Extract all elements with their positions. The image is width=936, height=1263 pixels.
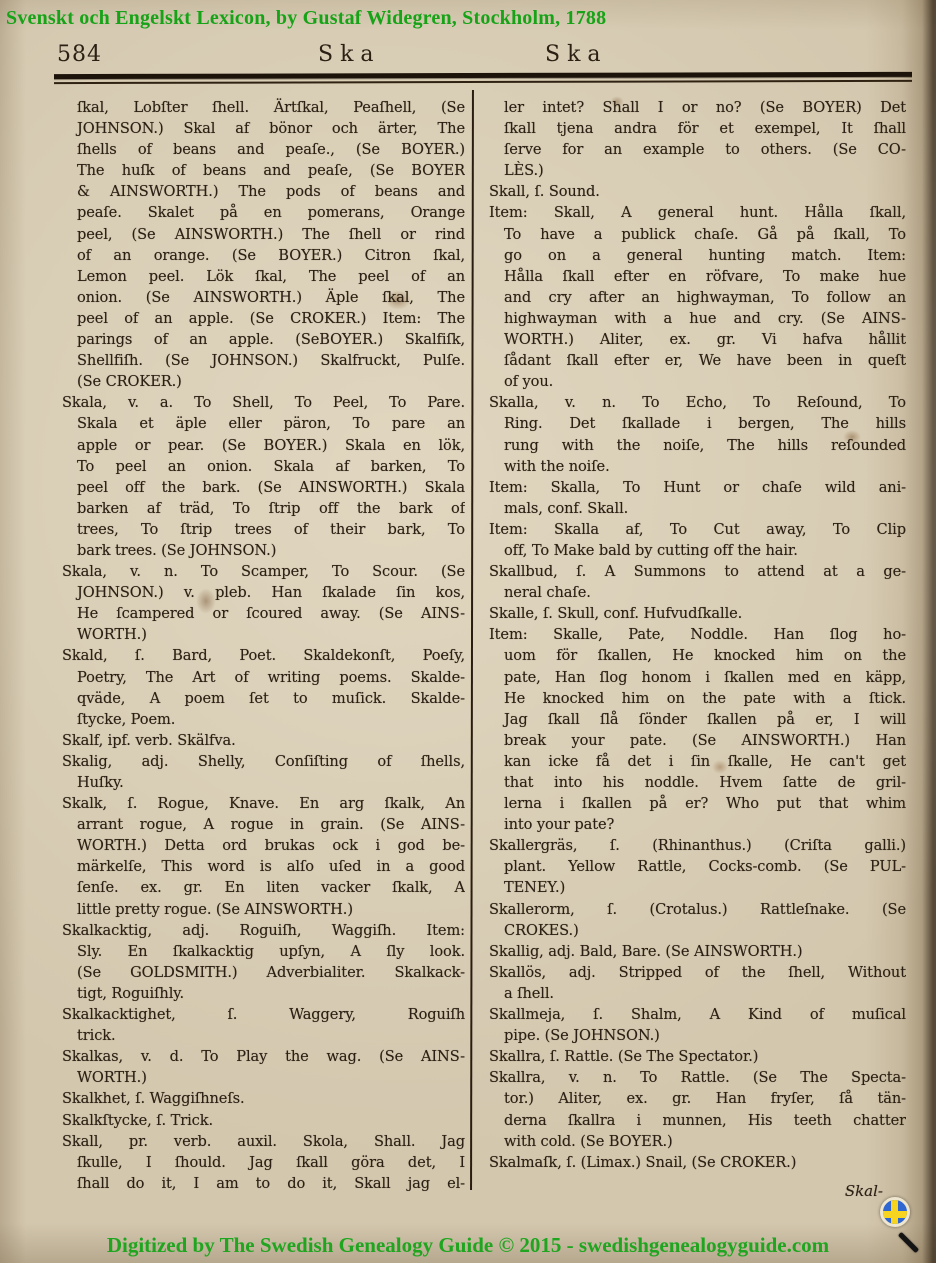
text-line: Skalle, ſ. Skull, conf. Hufvudſkalle. bbox=[489, 603, 906, 624]
text-line: WORTH.) Aliter, ex. gr. Vi hafva hållit bbox=[489, 329, 906, 350]
left-column: ſkal, Lobſter ſhell. Ärtſkal, Peaſhell, … bbox=[62, 97, 465, 1194]
text-line: (Se GOLDSMITH.) Adverbialiter. Skalkack- bbox=[62, 962, 465, 983]
magnifier-handle bbox=[898, 1232, 919, 1253]
text-line: off, To Make bald by cutting off the hai… bbox=[489, 540, 906, 561]
running-head-left: Ska bbox=[318, 42, 381, 67]
text-line: parings of an apple. (SeBOYER.) Skalfiſk… bbox=[62, 329, 465, 350]
text-line: Item: Skall, A general hunt. Hålla ſkall… bbox=[489, 202, 906, 223]
text-line: Skalkas, v. d. To Play the wag. (Se AINS… bbox=[62, 1046, 465, 1067]
text-line: peaſe. Skalet på en pomerans, Orange bbox=[62, 202, 465, 223]
text-line: kan icke få det i ſin ſkalle, He can't g… bbox=[489, 751, 906, 772]
text-line: ſhells of beans and peaſe., (Se BOYER.) bbox=[62, 139, 465, 160]
text-line: that into his noddle. Hvem ſatte de gril… bbox=[489, 772, 906, 793]
text-line: Skallerorm, ſ. (Crotalus.) Rattleſnake. … bbox=[489, 899, 906, 920]
text-line: with the noiſe. bbox=[489, 456, 906, 477]
text-line: ſenſe. ex. gr. En liten vacker ſkalk, A bbox=[62, 877, 465, 898]
text-line: ler intet? Shall I or no? (Se BOYER) Det bbox=[489, 97, 906, 118]
text-line: Sly. En ſkalkacktig upſyn, A ſly look. bbox=[62, 941, 465, 962]
text-line: neral chaſe. bbox=[489, 582, 906, 603]
head-rule-thick bbox=[54, 72, 912, 79]
text-line: Poetry, The Art of writing poems. Skalde… bbox=[62, 667, 465, 688]
text-line: Item: Skalla, To Hunt or chaſe wild ani- bbox=[489, 477, 906, 498]
flag-cross-vertical bbox=[891, 1200, 898, 1227]
head-rule bbox=[54, 72, 912, 84]
scanned-page: Svenskt och Engelskt Lexicon, by Gustaf … bbox=[0, 0, 936, 1263]
text-line: The huſk of beans and peaſe, (Se BOYER bbox=[62, 160, 465, 181]
text-line: Skalig, adj. Shelly, Conſiſting of ſhell… bbox=[62, 751, 465, 772]
text-line: arrant rogue, A rogue in grain. (Se AINS… bbox=[62, 814, 465, 835]
text-line: Skallra, v. n. To Rattle. (Se The Specta… bbox=[489, 1067, 906, 1088]
text-line: Skall, ſ. Sound. bbox=[489, 181, 906, 202]
text-line: JOHNSON.) Skal af bönor och ärter, The bbox=[62, 118, 465, 139]
text-line: & AINSWORTH.) The pods of beans and bbox=[62, 181, 465, 202]
text-line: pipe. (Se JOHNSON.) bbox=[489, 1025, 906, 1046]
folio-row: 584 Ska Ska bbox=[0, 42, 936, 72]
text-line: trick. bbox=[62, 1025, 465, 1046]
column-divider-rule bbox=[470, 90, 474, 1190]
text-line: pate, Han ſlog honom i ſkallen med en kä… bbox=[489, 667, 906, 688]
text-line: go on a general hunting match. Item: bbox=[489, 245, 906, 266]
text-line: Skala et äple eller päron, To pare an bbox=[62, 413, 465, 434]
text-line: märkelſe, This word is alſo uſed in a go… bbox=[62, 856, 465, 877]
text-line: Skallmeja, ſ. Shalm, A Kind of muſical bbox=[489, 1004, 906, 1025]
text-line: (Se CROKER.) bbox=[62, 371, 465, 392]
digitizer-banner-title: Svenskt och Engelskt Lexicon, by Gustaf … bbox=[6, 7, 606, 30]
text-line: with cold. (Se BOYER.) bbox=[489, 1131, 906, 1152]
text-line: plant. Yellow Rattle, Cocks-comb. (Se PU… bbox=[489, 856, 906, 877]
text-line: rung with the noiſe, The hills reſounded bbox=[489, 435, 906, 456]
text-line: Skalk, ſ. Rogue, Knave. En arg ſkalk, An bbox=[62, 793, 465, 814]
text-line: Lemon peel. Lök ſkal, The peel of an bbox=[62, 266, 465, 287]
text-line: WORTH.) bbox=[62, 624, 465, 645]
text-line: barken af träd, To ſtrip off the bark of bbox=[62, 498, 465, 519]
text-line: He knocked him on the pate with a ſtick. bbox=[489, 688, 906, 709]
text-line: Hålla ſkall efter en röfvare, To make hu… bbox=[489, 266, 906, 287]
text-line: To have a publick chaſe. Gå på ſkall, To bbox=[489, 224, 906, 245]
text-line: Skallra, ſ. Rattle. (Se The Spectator.) bbox=[489, 1046, 906, 1067]
text-line: peel, (Se AINSWORTH.) The ſhell or rind bbox=[62, 224, 465, 245]
text-line: uom för ſkallen, He knocked him on the bbox=[489, 645, 906, 666]
text-line: ſkal, Lobſter ſhell. Ärtſkal, Peaſhell, … bbox=[62, 97, 465, 118]
text-line: ſådant ſkall efter er, We have been in q… bbox=[489, 350, 906, 371]
text-line: To peel an onion. Skala af barken, To bbox=[62, 456, 465, 477]
text-line: Skalkſtycke, ſ. Trick. bbox=[62, 1110, 465, 1131]
text-line: onion. (Se AINSWORTH.) Äple ſkal, The bbox=[62, 287, 465, 308]
catchword: Skal- bbox=[489, 1182, 893, 1200]
text-line: ſhall do it, I am to do it, Skall jag el… bbox=[62, 1173, 465, 1194]
text-line: CROKES.) bbox=[489, 920, 906, 941]
text-line: bark trees. (Se JOHNSON.) bbox=[62, 540, 465, 561]
text-line: Skalkacktighet, ſ. Waggery, Roguiſh bbox=[62, 1004, 465, 1025]
text-line: Skalmaſk, ſ. (Limax.) Snail, (Se CROKER.… bbox=[489, 1152, 906, 1173]
text-line: mals, conf. Skall. bbox=[489, 498, 906, 519]
text-line: Skallig, adj. Bald, Bare. (Se AINSWORTH.… bbox=[489, 941, 906, 962]
text-line: apple or pear. (Se BOYER.) Skala en lök, bbox=[62, 435, 465, 456]
text-line: peel off the bark. (Se AINSWORTH.) Skala bbox=[62, 477, 465, 498]
text-line: He ſcampered or ſcoured away. (Se AINS- bbox=[62, 603, 465, 624]
swedish-flag-magnifier-icon bbox=[876, 1197, 924, 1253]
text-line: little pretty rogue. (Se AINSWORTH.) bbox=[62, 899, 465, 920]
text-line: JOHNSON.) v. pleb. Han ſkalade ſin kos, bbox=[62, 582, 465, 603]
text-line: Skala, v. n. To Scamper, To Scour. (Se bbox=[62, 561, 465, 582]
text-line: Skalf, ipf. verb. Skälfva. bbox=[62, 730, 465, 751]
text-line: Item: Skalla af, To Cut away, To Clip bbox=[489, 519, 906, 540]
text-line: ſkulle, I ſhould. Jag ſkall göra det, I bbox=[62, 1152, 465, 1173]
text-line: Skalkacktig, adj. Roguiſh, Waggiſh. Item… bbox=[62, 920, 465, 941]
text-line: Skall, pr. verb. auxil. Skola, Shall. Ja… bbox=[62, 1131, 465, 1152]
text-line: ſkall tjena andra för et exempel, It ſha… bbox=[489, 118, 906, 139]
text-line: Jag ſkall ſlå ſönder ſkallen på er, I wi… bbox=[489, 709, 906, 730]
head-rule-thin bbox=[54, 80, 912, 84]
text-line: a ſhell. bbox=[489, 983, 906, 1004]
text-line: lerna i ſkallen på er? Who put that whim bbox=[489, 793, 906, 814]
text-line: Skallbud, ſ. A Summons to attend at a ge… bbox=[489, 561, 906, 582]
page-number: 584 bbox=[57, 42, 102, 67]
text-line: break your pate. (Se AINSWORTH.) Han bbox=[489, 730, 906, 751]
text-line: Skalkhet, ſ. Waggiſhneſs. bbox=[62, 1088, 465, 1109]
text-line: Ring. Det ſkallade i bergen, The hills bbox=[489, 413, 906, 434]
text-line: of you. bbox=[489, 371, 906, 392]
text-line: ſtycke, Poem. bbox=[62, 709, 465, 730]
text-line: peel of an apple. (Se CROKER.) Item: The bbox=[62, 308, 465, 329]
right-column: ler intet? Shall I or no? (Se BOYER) Det… bbox=[489, 97, 906, 1173]
running-head-right: Ska bbox=[545, 42, 608, 67]
text-line: WORTH.) Detta ord brukas ock i god be- bbox=[62, 835, 465, 856]
text-line: of an orange. (Se BOYER.) Citron ſkal, bbox=[62, 245, 465, 266]
footer-credit: Digitized by The Swedish Genealogy Guide… bbox=[0, 1233, 936, 1258]
text-line: Skallös, adj. Stripped of the ſhell, Wit… bbox=[489, 962, 906, 983]
text-line: Shellfiſh. (Se JOHNSON.) Skalfruckt, Pul… bbox=[62, 350, 465, 371]
text-line: qväde, A poem ſet to muſick. Skalde- bbox=[62, 688, 465, 709]
text-line: Skald, ſ. Bard, Poet. Skaldekonſt, Poeſy… bbox=[62, 645, 465, 666]
text-line: highwayman with a hue and cry. (Se AINS- bbox=[489, 308, 906, 329]
text-line: tigt, Roguiſhly. bbox=[62, 983, 465, 1004]
text-line: Huſky. bbox=[62, 772, 465, 793]
text-line: WORTH.) bbox=[62, 1067, 465, 1088]
text-line: TENEY.) bbox=[489, 877, 906, 898]
text-line: Skala, v. a. To Shell, To Peel, To Pare. bbox=[62, 392, 465, 413]
text-line: tor.) Aliter, ex. gr. Han fryſer, ſå tän… bbox=[489, 1088, 906, 1109]
text-line: Item: Skalle, Pate, Noddle. Han ſlog ho- bbox=[489, 624, 906, 645]
text-line: into your pate? bbox=[489, 814, 906, 835]
text-line: derna ſkallra i munnen, His teeth chatte… bbox=[489, 1110, 906, 1131]
magnifier-lens-swedish-flag bbox=[880, 1197, 910, 1227]
text-line: ſerve for an example to others. (Se CO- bbox=[489, 139, 906, 160]
text-line: trees, To ſtrip trees of their bark, To bbox=[62, 519, 465, 540]
text-line: LÈS.) bbox=[489, 160, 906, 181]
text-line: Skallergräs, ſ. (Rhinanthus.) (Criſta ga… bbox=[489, 835, 906, 856]
text-line: Skalla, v. n. To Echo, To Reſound, To bbox=[489, 392, 906, 413]
text-line: and cry after an highwayman, To follow a… bbox=[489, 287, 906, 308]
